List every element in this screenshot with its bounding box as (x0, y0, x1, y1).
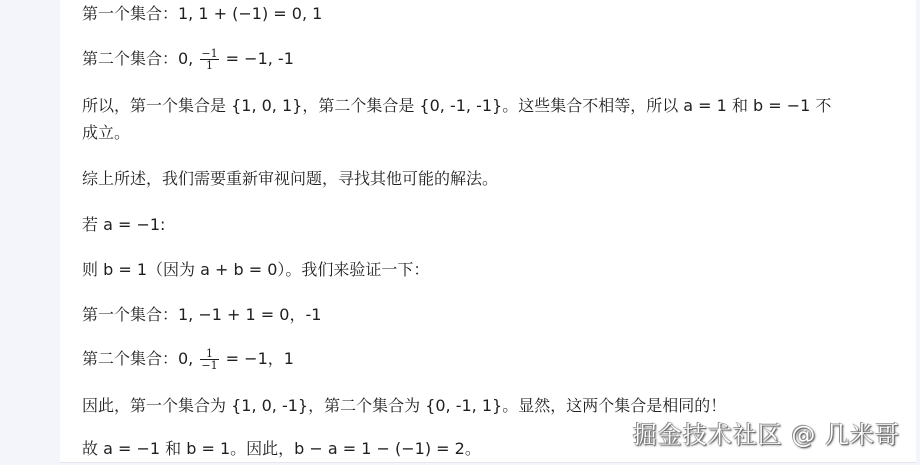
text-line: 若 a = −1: (82, 213, 165, 237)
line-suffix: = −1, -1 (221, 49, 294, 68)
text-line: 故 a = −1 和 b = 1。因此，b − a = 1 − (−1) = 2… (82, 437, 481, 461)
text-line-continuation: 成立。 (82, 121, 130, 145)
answer-content-panel: 第一个集合：1, 1 + (−1) = 0, 1 第二个集合：0, −11 = … (60, 0, 916, 463)
text-line: 第一个集合：1, −1 + 1 = 0，-1 (82, 303, 321, 327)
text-line: 所以，第一个集合是 {1, 0, 1}，第二个集合是 {0, -1, -1}。这… (82, 94, 831, 118)
text-line-fraction: 第二个集合：0, −11 = −1, -1 (82, 47, 294, 71)
text-line: 第一个集合：1, 1 + (−1) = 0, 1 (82, 2, 322, 26)
text-line: 因此，第一个集合为 {1, 0, -1}，第二个集合为 {0, -1, 1}。显… (82, 394, 726, 418)
text-line-fraction: 第二个集合：0, 1−1 = −1，1 (82, 347, 294, 371)
line-prefix: 第二个集合：0, (82, 349, 198, 368)
fraction-denominator: −1 (200, 360, 218, 371)
line-suffix: = −1，1 (221, 349, 294, 368)
fraction: −11 (200, 48, 218, 71)
watermark: 掘金技术社区 @ 几米哥 (633, 415, 900, 450)
text-line: 则 b = 1（因为 a + b = 0）。我们来验证一下： (82, 258, 429, 282)
fraction: 1−1 (200, 348, 218, 371)
fraction-denominator: 1 (200, 60, 218, 71)
line-prefix: 第二个集合：0, (82, 49, 198, 68)
text-line: 综上所述，我们需要重新审视问题，寻找其他可能的解法。 (82, 167, 498, 191)
